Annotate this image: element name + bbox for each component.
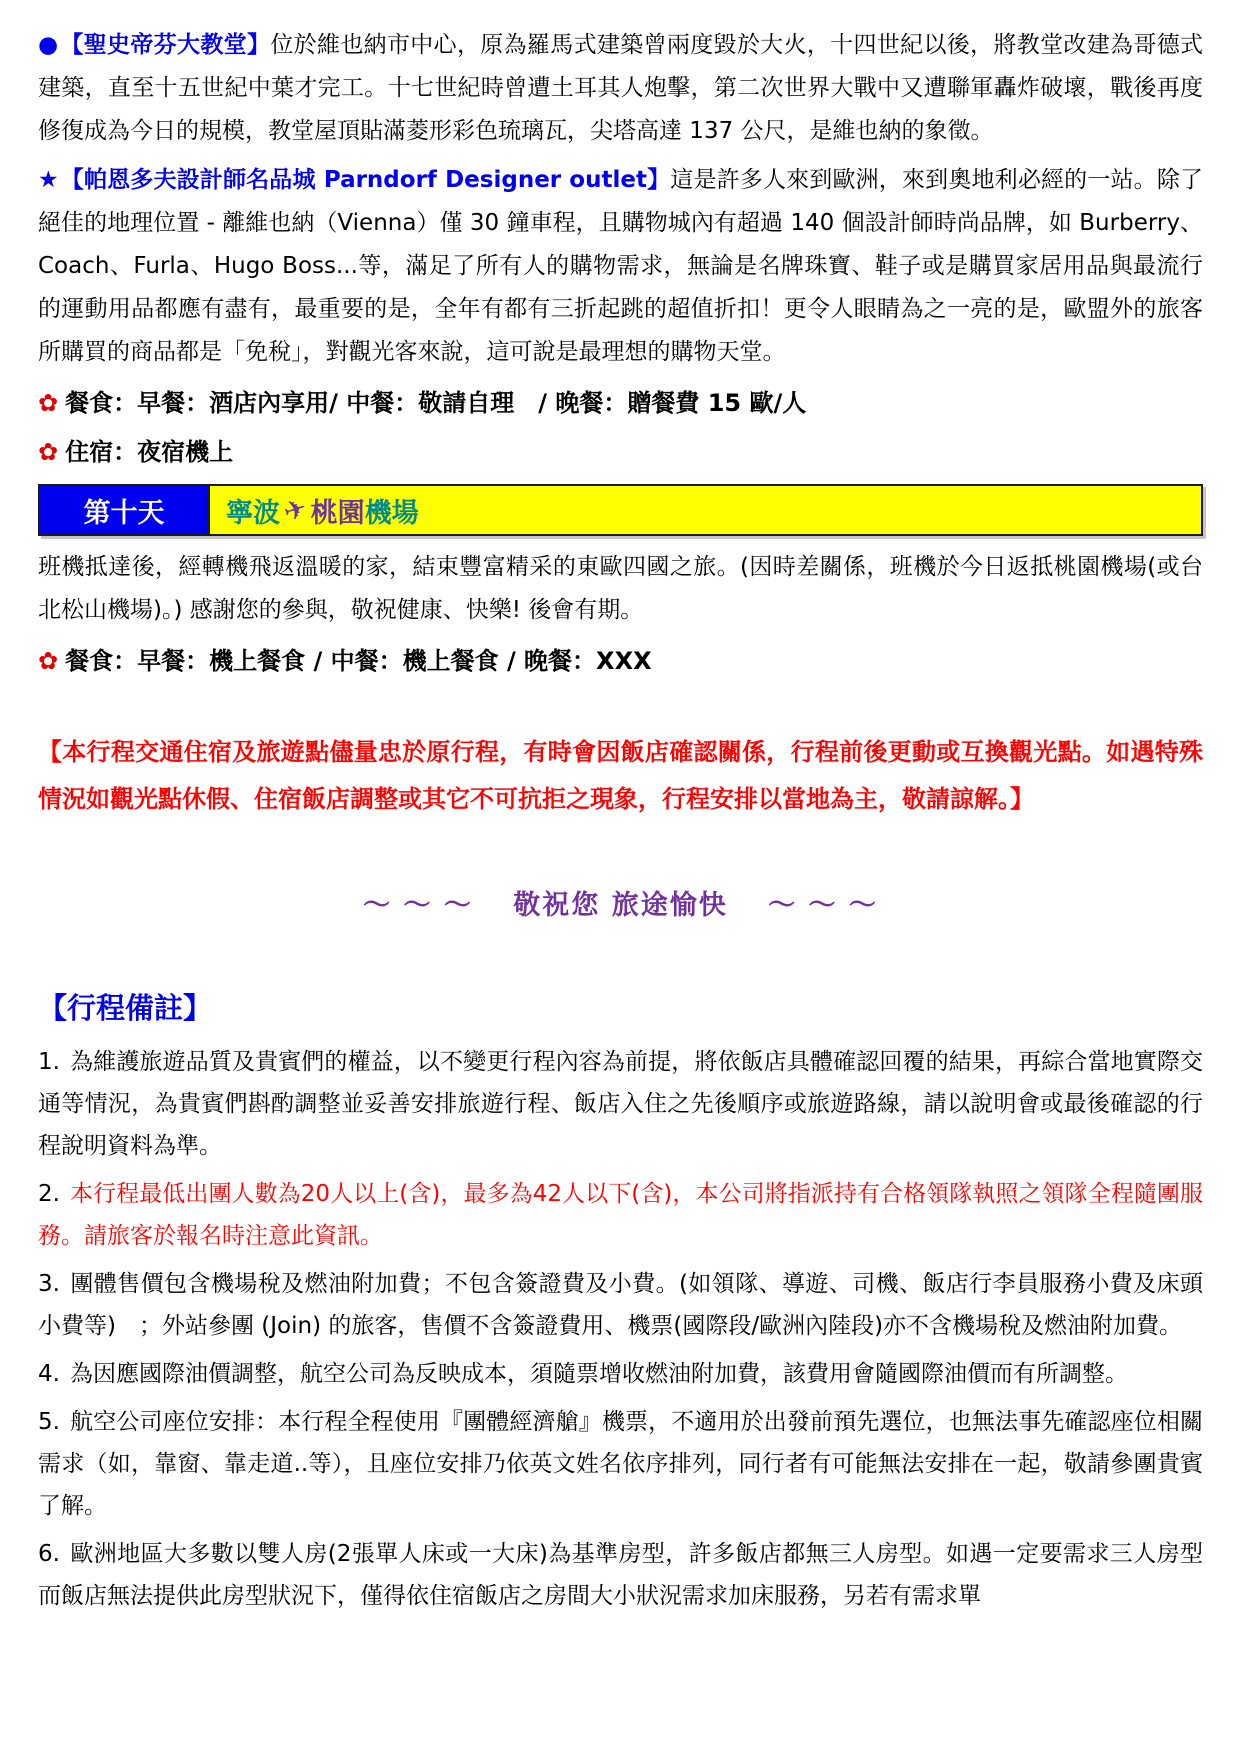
circle-bullet-icon: ● — [38, 32, 58, 58]
note-text: 航空公司座位安排：本行程全程使用『團體經濟艙』機票，不適用於出發前預先選位，也無… — [38, 1409, 1203, 1519]
itinerary-page: ●【聖史帝芬大教堂】位於維也納市中心，原為羅馬式建築曾兩度毀於大火，十四世紀以後… — [0, 0, 1241, 1617]
note-number: 3. — [38, 1271, 60, 1297]
attraction-paragraph-st-stephens: ●【聖史帝芬大教堂】位於維也納市中心，原為羅馬式建築曾兩度毀於大火，十四世紀以後… — [38, 24, 1203, 153]
day9-meals-label: 餐食：早餐：酒店內享用/ 中餐：敬請自理 / 晚餐：贈餐費 15 歐/人 — [65, 389, 806, 417]
note-number: 2. — [38, 1181, 60, 1207]
attraction-paragraph-parndorf: ★【帕恩多夫設計師名品城 Parndorf Designer outlet】這是… — [38, 159, 1203, 374]
notes-section-header: 【行程備註】 — [38, 986, 1203, 1027]
day10-meals-line: ✿餐食：早餐：機上餐食 / 中餐：機上餐食 / 晚餐：XXX — [38, 638, 1203, 685]
note-text: 歐洲地區大多數以雙人房(2張單人床或一大床)為基準房型，許多飯店都無三人房型。如… — [38, 1541, 1203, 1609]
day10-description: 班機抵達後，經轉機飛返溫暖的家，結束豐富精采的東歐四國之旅。(因時差關係，班機於… — [38, 546, 1203, 632]
route-to-airport: 機場 — [365, 491, 419, 530]
bon-voyage-line: ～ ～ ～ 敬祝您 旅途愉快 ～ ～ ～ — [38, 883, 1203, 922]
airplane-icon: ✈ — [280, 492, 311, 528]
flower-icon: ✿ — [38, 647, 58, 675]
itinerary-change-warning: 【本行程交通住宿及旅遊點儘量忠於原行程，有時會因飯店確認關係，行程前後更動或互換… — [38, 729, 1203, 823]
attraction-title: 【聖史帝芬大教堂】 — [60, 32, 270, 58]
note-number: 4. — [38, 1361, 60, 1387]
flower-icon: ✿ — [38, 438, 58, 466]
note-text: 為因應國際油價調整，航空公司為反映成本，須隨票增收燃油附加費，該費用會隨國際油價… — [70, 1361, 1128, 1387]
note-number: 5. — [38, 1409, 60, 1435]
note-number: 6. — [38, 1541, 60, 1567]
attraction-body: 這是許多人來到歐洲，來到奧地利必經的一站。除了絕佳的地理位置 - 離維也納（Vi… — [38, 167, 1203, 365]
note-item-4: 4.為因應國際油價調整，航空公司為反映成本，須隨票增收燃油附加費，該費用會隨國際… — [38, 1353, 1203, 1395]
day9-meals-line: ✿餐食：早餐：酒店內享用/ 中餐：敬請自理 / 晚餐：贈餐費 15 歐/人 — [38, 380, 1203, 427]
route-from-city: 寧波 — [226, 491, 280, 530]
note-text: 為維護旅遊品質及貴賓們的權益，以不變更行程內容為前提，將依飯店具體確認回覆的結果… — [38, 1049, 1203, 1159]
route-to-city: 桃園 — [311, 491, 365, 530]
note-text: 本行程最低出團人數為20人以上(含)，最多為42人以下(含)，本公司將指派持有合… — [38, 1181, 1203, 1249]
attraction-title: 【帕恩多夫設計師名品城 Parndorf Designer outlet】 — [61, 167, 671, 193]
note-item-1: 1.為維護旅遊品質及貴賓們的權益，以不變更行程內容為前提，將依飯店具體確認回覆的… — [38, 1041, 1203, 1167]
flower-icon: ✿ — [38, 389, 58, 417]
day10-header-band: 第十天 寧波 ✈ 桃園 機場 — [38, 484, 1203, 536]
note-item-2: 2.本行程最低出團人數為20人以上(含)，最多為42人以下(含)，本公司將指派持… — [38, 1173, 1203, 1257]
star-bullet-icon: ★ — [38, 167, 59, 193]
day10-number-cell: 第十天 — [40, 486, 210, 534]
note-text: 團體售價包含機場稅及燃油附加費；不包含簽證費及小費。(如領隊、導遊、司機、飯店行… — [38, 1271, 1203, 1339]
day10-route-cell: 寧波 ✈ 桃園 機場 — [210, 486, 1201, 534]
day9-lodging-label: 住宿：夜宿機上 — [65, 438, 233, 466]
day9-lodging-line: ✿住宿：夜宿機上 — [38, 429, 1203, 476]
note-item-6: 6.歐洲地區大多數以雙人房(2張單人床或一大床)為基準房型，許多飯店都無三人房型… — [38, 1533, 1203, 1617]
note-item-3: 3.團體售價包含機場稅及燃油附加費；不包含簽證費及小費。(如領隊、導遊、司機、飯… — [38, 1263, 1203, 1347]
day10-meals-label: 餐食：早餐：機上餐食 / 中餐：機上餐食 / 晚餐：XXX — [65, 647, 651, 675]
note-number: 1. — [38, 1049, 60, 1075]
note-item-5: 5.航空公司座位安排：本行程全程使用『團體經濟艙』機票，不適用於出發前預先選位，… — [38, 1401, 1203, 1527]
